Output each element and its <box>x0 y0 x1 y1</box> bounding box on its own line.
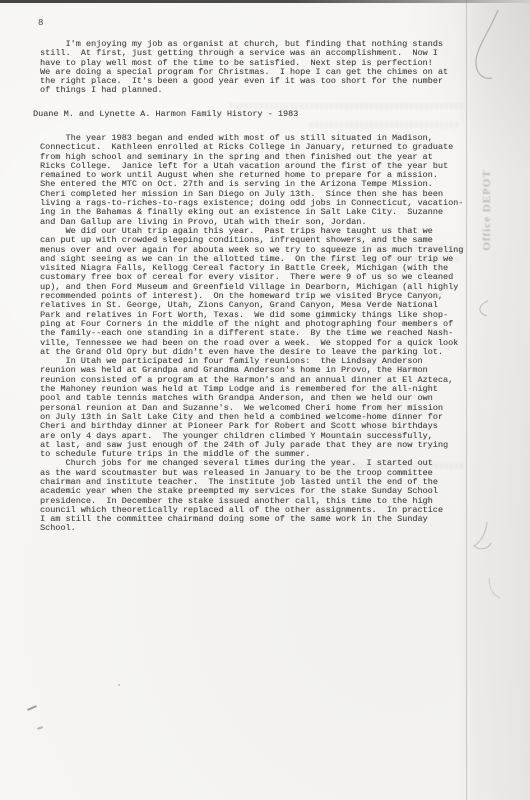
intro-paragraph: I'm enjoying my job as organist at churc… <box>40 40 448 96</box>
office-depot-watermark: Office DEPOT <box>481 145 495 275</box>
body-paragraph: The year 1983 began and ended with most … <box>40 134 463 227</box>
body-paragraph: We did our Utah trip again this year. Pa… <box>40 227 463 357</box>
scanner-edge-line <box>0 0 530 3</box>
bleed-through-smudge <box>310 122 460 128</box>
pen-mark <box>37 726 43 729</box>
pen-mark <box>27 705 37 711</box>
body-paragraph: In Utah we participated in four family r… <box>40 357 463 459</box>
pen-mark <box>118 684 120 686</box>
page-number: 8 <box>38 18 44 28</box>
body-text-block: The year 1983 began and ended with most … <box>40 134 463 534</box>
body-paragraph: Church jobs for me changed several times… <box>40 459 463 533</box>
family-history-heading: Duane M. and Lynette A. Harmon Family Hi… <box>33 110 298 119</box>
page-edge-line <box>466 0 467 800</box>
scanned-document-page: 8 I'm enjoying my job as organist at chu… <box>0 0 530 800</box>
